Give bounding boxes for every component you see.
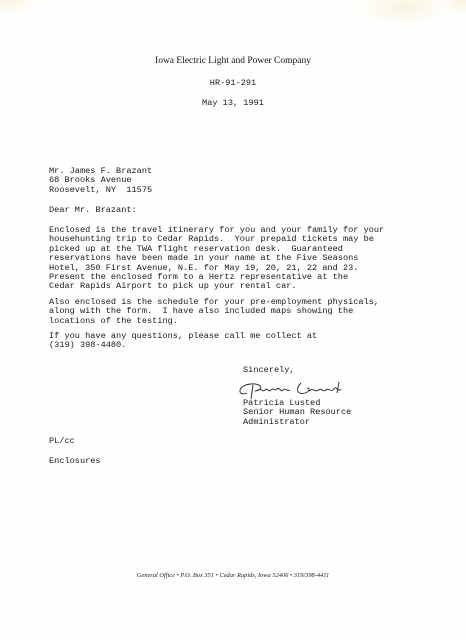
- enclosures-notation: Enclosures: [49, 457, 101, 466]
- paper-stain: [360, 0, 450, 25]
- body-paragraph-2: Also enclosed is the schedule for your p…: [49, 298, 379, 326]
- reference-number: HR-91-291: [0, 79, 466, 88]
- valediction: Sincerely,: [243, 366, 295, 375]
- letter-page: Iowa Electric Light and Power Company HR…: [0, 0, 466, 640]
- body-line: (319) 398-4480.: [49, 341, 317, 350]
- letterhead-footer: General Office • P.O. Box 351 • Cedar Ra…: [0, 572, 466, 579]
- body-line: Cedar Rapids Airport to pick up your ren…: [49, 282, 384, 291]
- company-letterhead: Iowa Electric Light and Power Company: [0, 56, 466, 66]
- reference-initials: PL/cc: [49, 437, 75, 446]
- recipient-address: Mr. James F. Brazant 68 Brooks Avenue Ro…: [49, 167, 152, 195]
- body-paragraph-3: If you have any questions, please call m…: [49, 332, 317, 351]
- signatory-block: Patricia Lusted Senior Human Resource Ad…: [243, 399, 351, 427]
- salutation: Dear Mr. Brazant:: [49, 206, 137, 215]
- paper-stain: [0, 0, 40, 15]
- letter-date: May 13, 1991: [0, 99, 466, 108]
- signatory-title-line2: Administrator: [243, 418, 351, 427]
- recipient-city: Roosevelt, NY 11575: [49, 186, 152, 195]
- body-line: locations of the testing.: [49, 317, 379, 326]
- body-paragraph-1: Enclosed is the travel itinerary for you…: [49, 226, 384, 292]
